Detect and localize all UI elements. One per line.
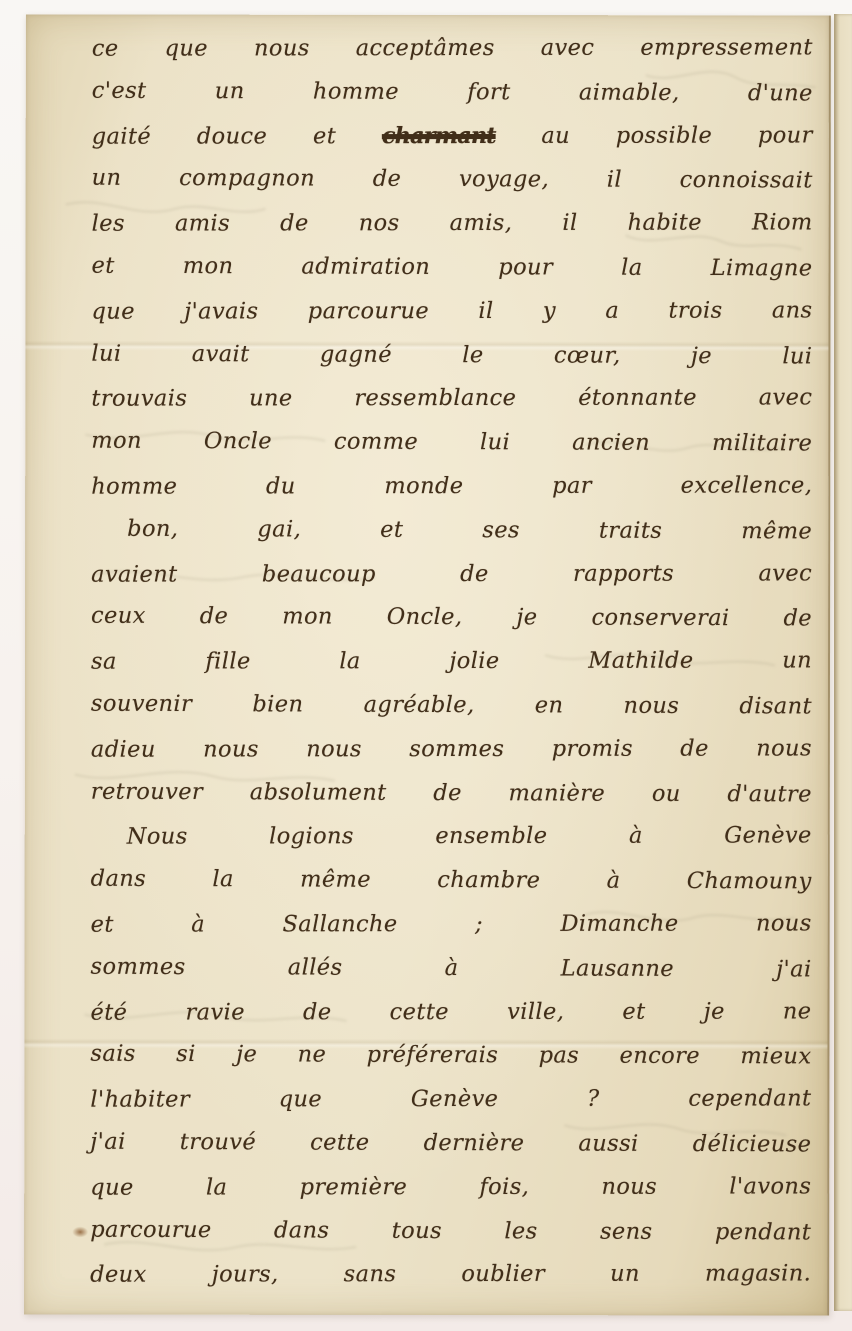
handwritten-line: été ravie de cette ville, et je ne: [90, 990, 811, 1035]
handwritten-line: retrouver absolument de manière ou d'aut…: [91, 770, 812, 817]
line-segment: au possible pour: [541, 122, 812, 148]
handwritten-line: dans la même chambre à Chamouny: [91, 858, 812, 905]
scan-background: ce que nous acceptâmes avec empressement…: [0, 0, 852, 1331]
adjacent-page-edge: [834, 14, 852, 1311]
handwritten-line: l'habiter que Genève ? cependant: [90, 1078, 811, 1123]
handwritten-line: sais si je ne préférerais pas encore mie…: [90, 1033, 811, 1080]
crossed-out-word: charmant: [382, 123, 496, 149]
handwritten-line: mon Oncle comme lui ancien militaire: [91, 420, 812, 467]
handwritten-line: avaient beaucoup de rapports avec: [91, 552, 812, 597]
handwritten-line: souvenir bien agréable, en nous disant: [91, 683, 812, 730]
handwritten-line: deux jours, sans oublier un magasin.: [90, 1253, 811, 1298]
letter-text: ce que nous acceptâmes avec empressement…: [24, 14, 829, 1315]
handwritten-line: adieu nous nous sommes promis de nous: [91, 727, 812, 772]
letter-page: ce que nous acceptâmes avec empressement…: [24, 14, 831, 1315]
handwritten-line: un compagnon de voyage, il connoissait: [92, 157, 813, 204]
handwritten-line: c'est un homme fort aimable, d'une: [92, 69, 813, 116]
handwritten-line: les amis de nos amis, il habite Riom: [92, 202, 813, 247]
handwritten-line: ceux de mon Oncle, je conserverai de: [91, 595, 812, 642]
handwritten-line: trouvais une ressemblance étonnante avec: [91, 377, 812, 422]
handwritten-line: sa fille la jolie Mathilde un: [91, 640, 812, 685]
handwritten-line: bon, gai, et ses traits même: [91, 507, 812, 554]
handwritten-line: parcourue dans tous les sens pendant: [90, 1208, 811, 1255]
line-segment: gaité douce et: [92, 123, 336, 149]
handwritten-line: et mon admiration pour la Limagne: [91, 245, 812, 292]
handwritten-line: gaité douce et charmant au possible pour: [92, 114, 813, 159]
handwritten-line: ce que nous acceptâmes avec empressement: [92, 26, 813, 71]
handwritten-line: que j'avais parcourue il y a trois ans: [91, 289, 812, 334]
handwritten-line: que la première fois, nous l'avons: [90, 1165, 811, 1210]
handwritten-line: Nous logions ensemble à Genève: [91, 815, 812, 860]
handwritten-line: lui avait gagné le cœur, je lui: [91, 332, 812, 379]
handwritten-line: j'ai trouvé cette dernière aussi délicie…: [90, 1121, 811, 1168]
handwritten-line: et à Sallanche ; Dimanche nous: [91, 902, 812, 947]
handwritten-line: sommes allés à Lausanne j'ai: [90, 945, 811, 992]
handwritten-line: homme du monde par excellence,: [91, 464, 812, 509]
